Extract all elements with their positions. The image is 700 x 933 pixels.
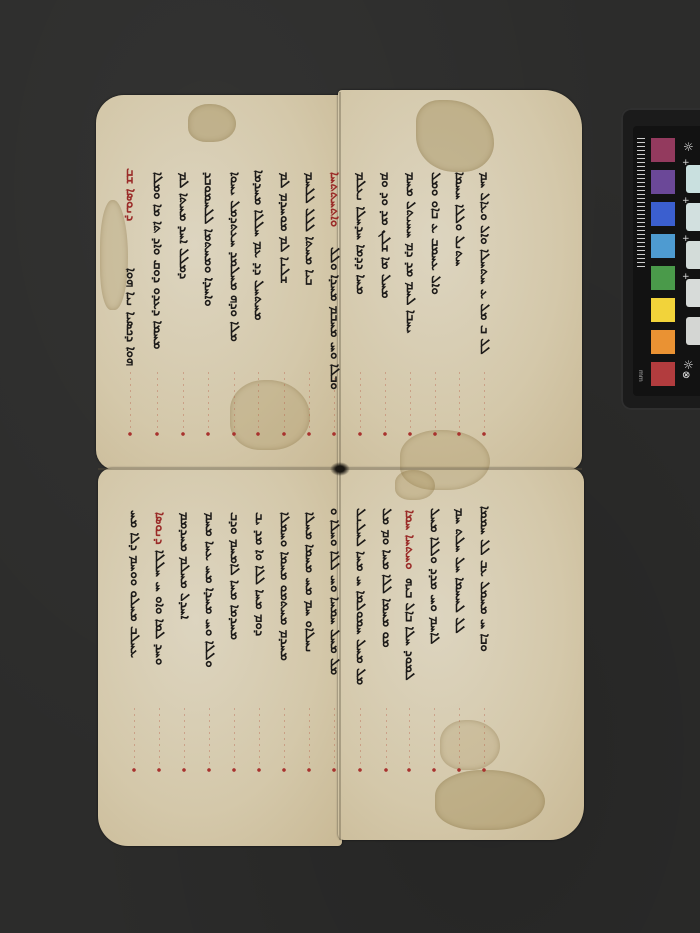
line-end-marker <box>131 768 137 772</box>
text-line: ܒܝܐ ܡܚܬܐ ܠܠܠ ܠܠܚܡ <box>302 172 316 332</box>
swatch-purple <box>651 170 675 194</box>
ruling-line <box>130 372 131 428</box>
text-line: ܡܚܬܚܠ ܕܕ ܥܡ ܚܠܠܐ ܡܚܕܡܐ <box>251 170 265 370</box>
ruling-line <box>385 372 386 428</box>
water-stain <box>440 720 500 770</box>
cross-target-icon: ⊗ <box>682 370 690 381</box>
ruling-line <box>484 708 485 764</box>
line-end-marker <box>231 768 237 772</box>
gray-patch <box>686 165 700 193</box>
ruling-line <box>386 708 387 764</box>
swatch-orange <box>651 330 675 354</box>
ruling-line <box>459 708 460 764</box>
text-line: ܐܚܕܠ ܡܚܠܡ ܡܚܕܡܡ <box>177 512 191 682</box>
line-end-marker <box>407 432 413 436</box>
gray-patch <box>686 317 700 345</box>
text-line: ܠܡܘܕ ܚܠܐ ܒܐܠ ܒܝܗ <box>402 578 416 778</box>
text-line: ܘܐܚܕܐ ܘܡܚܬܡܐ ܠܠܚܡܘܒܕ <box>201 172 215 382</box>
ruling-line <box>484 372 485 428</box>
line-end-marker <box>180 432 186 436</box>
line-end-marker <box>206 768 212 772</box>
line-end-marker <box>306 768 312 772</box>
swatch-yellow <box>651 298 675 322</box>
line-end-marker <box>231 432 237 436</box>
text-line: ܡܚܕܡ ܡܚܬܡܘ ܡܚܡܐ ܘܚܡܠܐ <box>277 512 291 712</box>
text-line: ܡܠܐ ܘܕܗ ܡܚܠܡܕ ܚܥܬܕܡܠ ܝܚܘܐ <box>227 172 241 384</box>
line-end-marker <box>431 768 437 772</box>
ruling-line <box>309 708 310 764</box>
text-line: ܡܚܐ ܕܕܡܐ ܚܕܚܠܐ ܢܥܠܡ <box>353 172 367 347</box>
text-line: ܡܚܕܡܐ ܡܚܐ ܠܐܡܚܡ ܘܕܒ <box>227 512 241 734</box>
ruling-line <box>183 372 184 428</box>
water-stain <box>188 104 236 142</box>
sun-icon: ☼ <box>683 140 694 154</box>
text-line: ܗܘܐ ܕܟܣܝܐ ܢܝܐ ܗܘܐ <box>123 268 137 378</box>
gray-patch <box>686 203 700 231</box>
line-end-marker <box>281 768 287 772</box>
water-stain <box>395 470 435 500</box>
text-line: ܠܠ ܠܚܚܡܐ ܚܠ ܚܠܬ ܚܡ <box>452 508 466 718</box>
ruling-line <box>284 708 285 764</box>
line-end-marker <box>481 768 487 772</box>
gray-patch <box>686 279 700 307</box>
swatch-cyan-blue <box>651 234 675 258</box>
text-line: ܘܠܠܐ ܘܚ ܡܚܕܐ ܡܚ ܥܚܐ ܡܚܡ <box>202 512 216 724</box>
ruling-line <box>459 372 460 428</box>
text-line: ܠܐܚܡ ܘܚ ܡܕܕ ܘܠܠܐ ܡܚܠ <box>427 508 441 698</box>
plus-mark-icon: + <box>682 234 690 244</box>
ruling-line <box>234 372 235 428</box>
ruling-line <box>234 708 235 764</box>
swatch-red <box>651 362 675 386</box>
ruler-label: mm <box>637 370 644 382</box>
ruling-line <box>434 708 435 764</box>
ruling-line <box>209 708 210 764</box>
ruling-line <box>334 708 335 764</box>
line-end-marker <box>331 432 337 436</box>
rubric-text-line: ܕܢܘܣܐ <box>152 512 166 550</box>
ruling-line <box>259 708 260 764</box>
line-end-marker <box>456 432 462 436</box>
line-end-marker <box>181 768 187 772</box>
line-end-marker <box>205 432 211 436</box>
line-end-marker <box>306 432 312 436</box>
ruling-line <box>360 372 361 428</box>
rubric-text-line: ܘܐܬܚܬܬܚܐ <box>327 172 341 247</box>
ruling-line <box>134 708 135 764</box>
ruling-line <box>184 708 185 764</box>
line-end-marker <box>154 432 160 436</box>
line-end-marker <box>432 432 438 436</box>
plus-mark-icon: + <box>682 272 690 282</box>
line-end-marker <box>481 432 487 436</box>
ruling-line <box>258 372 259 428</box>
line-end-marker <box>357 768 363 772</box>
line-end-marker <box>156 768 162 772</box>
rubric-text-line: ܕܢܘܣܐ ܫܒ <box>123 168 137 268</box>
water-stain <box>230 380 310 450</box>
ruling-line <box>157 372 158 428</box>
water-stain <box>435 770 545 830</box>
line-end-marker <box>256 768 262 772</box>
text-line: ܚܬܢܠ ܘܠܠܐ ܚܚܡܐ <box>452 172 466 307</box>
text-line: ܕܘܡ ܡܚܐ ܠܠܐ ܘܐ ܡܕ ܝܒ <box>252 512 266 708</box>
swatch-magenta-red <box>651 138 675 162</box>
fold-intersection-hole <box>330 462 350 476</box>
ruling-line <box>284 372 285 428</box>
line-end-marker <box>382 432 388 436</box>
text-line: ܡܘ ܡܚܡܐ ܠܠܐ ܡܚܐ ܘܡ ܡܠ <box>379 508 393 738</box>
ruling-line <box>410 372 411 428</box>
ruling-line <box>435 372 436 428</box>
ruling-line <box>360 708 361 764</box>
line-end-marker <box>331 768 337 772</box>
line-end-marker <box>255 432 261 436</box>
line-end-marker <box>357 432 363 436</box>
text-line: ܘܐܠ ܥܚܡܒ ܥ ܒܐܘ ܘܡܠ <box>428 172 442 332</box>
mm-ruler <box>637 138 645 268</box>
line-end-marker <box>456 768 462 772</box>
gray-patch <box>686 241 700 269</box>
text-line: ܢܚܠܐܘ ܚܡ ܡܚ ܡܚܡܐ ܡܚܠܐ <box>302 512 316 738</box>
text-line: ܘܒܠܐ ܘܚ ܡܚܒܡ ܡܚܕܐ ܘܠܠ <box>327 247 341 412</box>
text-line: ܘܚܕ ܠܡܐ ܘܐܘ ܚ ܚܠܠܐ <box>152 550 166 765</box>
line-end-marker <box>383 768 389 772</box>
text-line: ܫܠܢܐ ܠܡ ܡܘܚܕܡ ܠܡ <box>277 172 291 322</box>
ruling-line <box>309 372 310 428</box>
swatch-blue <box>651 202 675 226</box>
line-end-marker <box>127 432 133 436</box>
line-end-marker <box>281 432 287 436</box>
swatch-green <box>651 266 675 290</box>
text-line: ܡܚܠ ܡܐ ܫܠܢ ܡܕ ܘܕ ܘܡ <box>378 172 392 337</box>
plus-mark-icon: + <box>682 196 690 206</box>
rubric-text-line: ܘܚܬܚܐ ܚܡܐ <box>402 510 416 578</box>
plus-mark-icon: + <box>682 158 690 168</box>
ruling-line <box>208 372 209 428</box>
text-line: ܕܡܠܠ ܐܚܕ ܡܚܬܐ ܠܡ <box>176 172 190 322</box>
